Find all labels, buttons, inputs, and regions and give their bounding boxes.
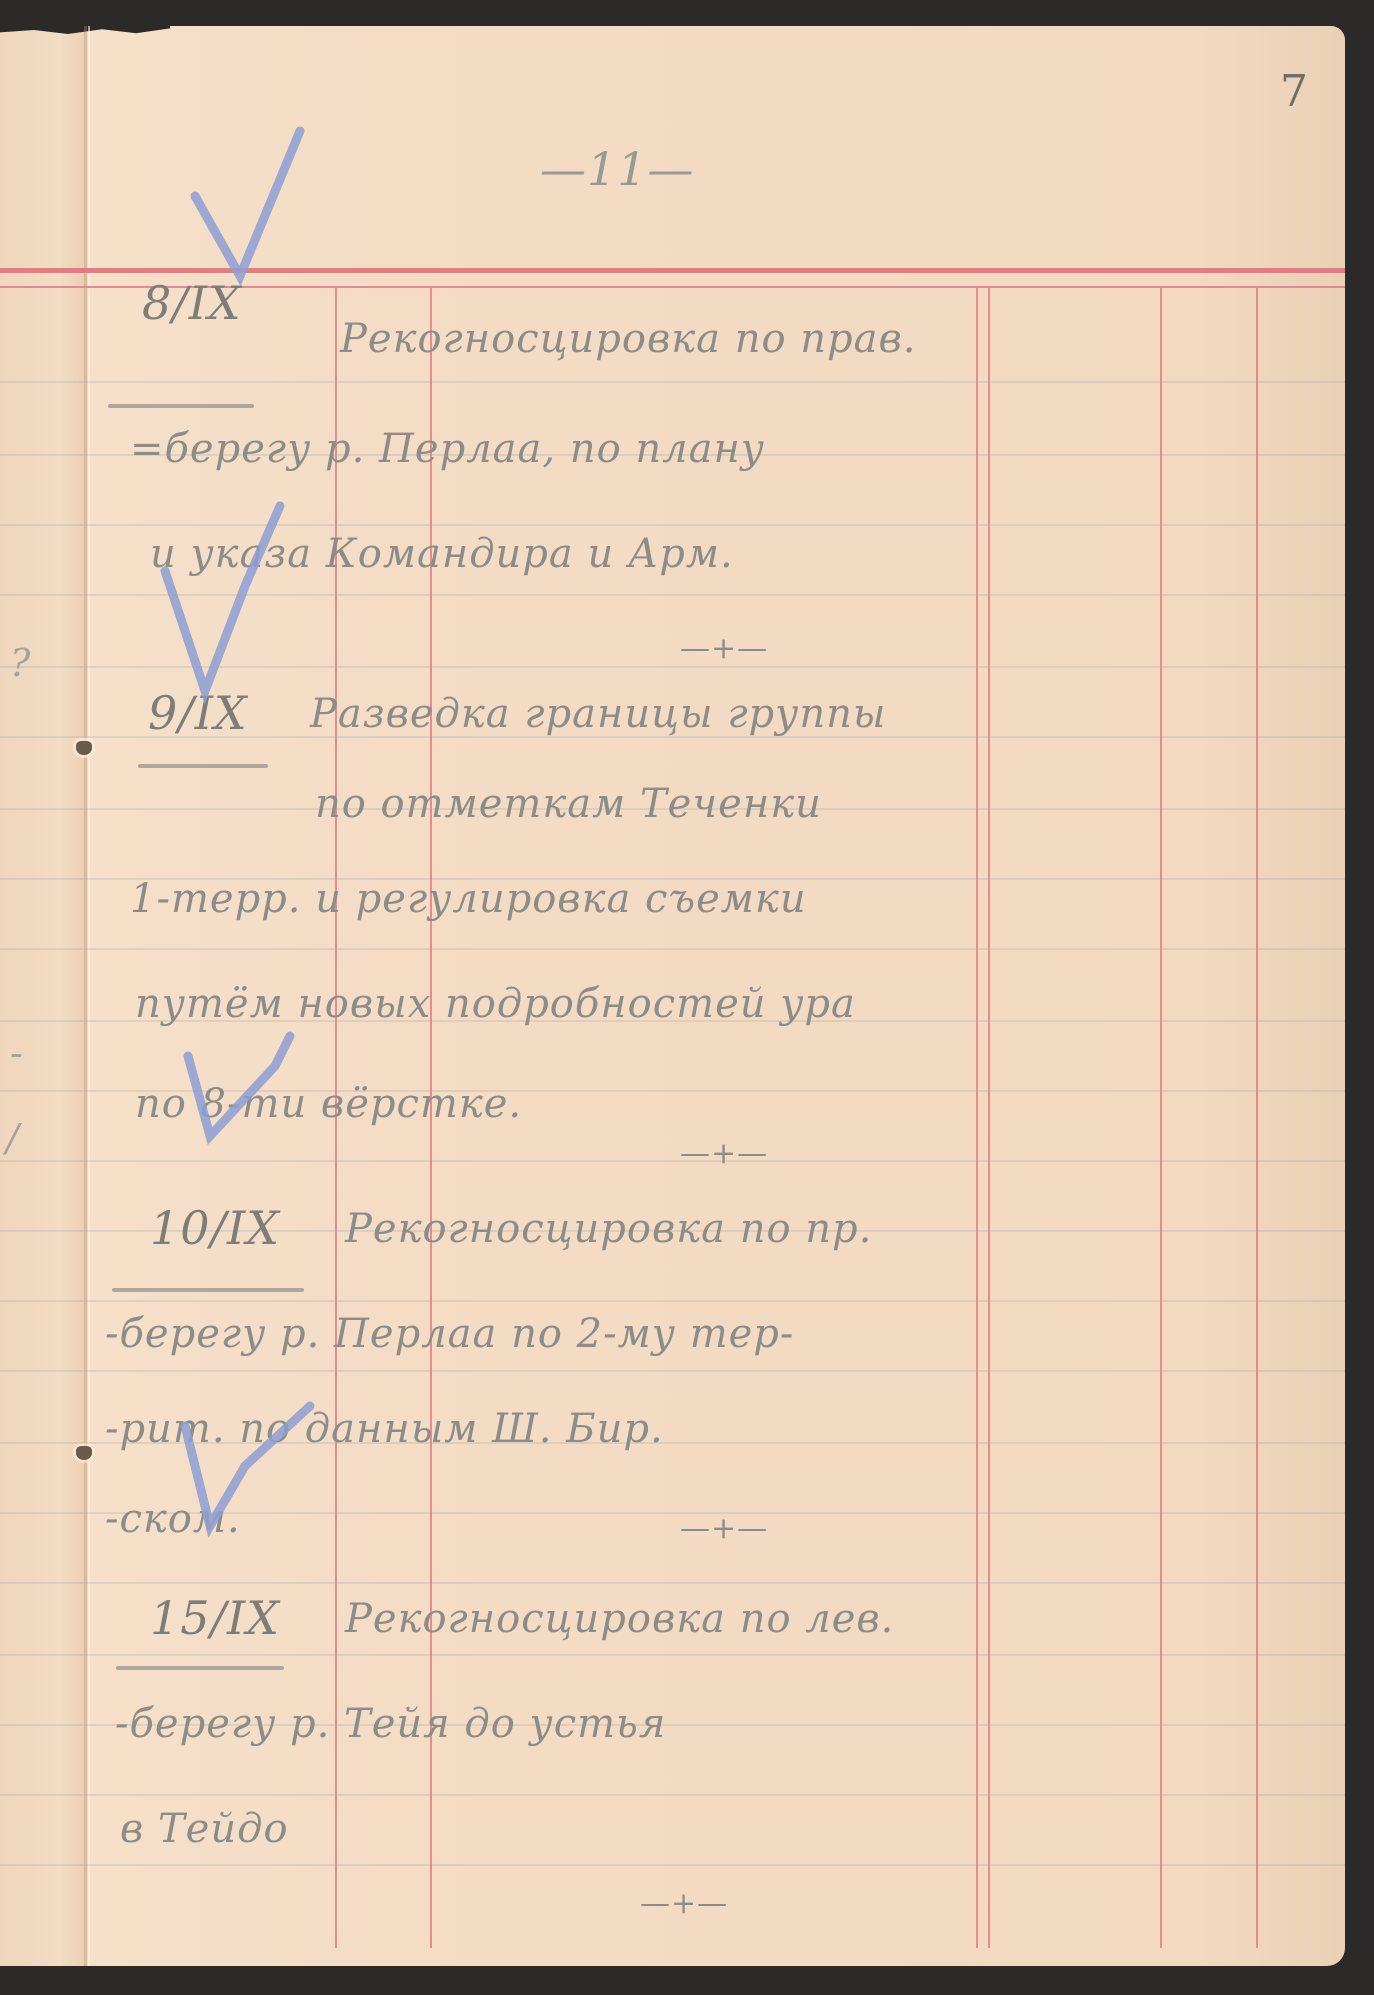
entry-date: 15/IX — [150, 1591, 280, 1645]
left-page-mark: ? — [10, 641, 30, 685]
left-page-mark: - — [10, 1031, 23, 1075]
entry-separator: —+— — [680, 1136, 768, 1171]
ruled-line — [0, 524, 1345, 526]
ruled-line — [0, 1300, 1345, 1302]
entry-text-line: Рекогносцировка по пр. — [345, 1206, 872, 1252]
entry-separator: —+— — [640, 1886, 728, 1921]
entry-date: 10/IX — [150, 1201, 280, 1255]
ruled-line — [0, 1864, 1345, 1866]
entry-text-line: путём новых подробностей ура — [135, 981, 856, 1027]
ruled-line — [0, 666, 1345, 668]
entry-text-line: по отметкам Теченки — [315, 781, 822, 827]
ruled-line — [0, 1160, 1345, 1162]
red-column-rule — [988, 288, 990, 1948]
entry-text-line: Разведка границы группы — [310, 691, 886, 737]
staple-hole-icon — [76, 1446, 92, 1460]
page-heading: —11— — [540, 142, 695, 196]
date-underline — [108, 404, 254, 408]
entry-date: 9/IX — [148, 686, 248, 740]
red-header-rule — [0, 268, 1345, 273]
entry-text-line: =берегу р. Перлаа, по плану — [130, 426, 765, 472]
ruled-line — [0, 594, 1345, 596]
staple-hole-icon — [76, 741, 92, 755]
entry-text-line: по 8-ти вёрстке. — [135, 1081, 522, 1127]
ruled-line — [0, 948, 1345, 950]
entry-text-line: Рекогносцировка по лев. — [345, 1596, 894, 1642]
entry-text-line: Рекогносцировка по прав. — [340, 316, 916, 362]
ruled-line — [0, 1654, 1345, 1656]
checkmark-icon — [195, 131, 300, 276]
entry-text-line: и указа Командира и Арм. — [150, 531, 734, 577]
ruled-line — [0, 1582, 1345, 1584]
red-column-rule — [1256, 288, 1258, 1948]
entry-text-line: 1-терр. и регулировка съемки — [130, 876, 807, 922]
left-page-mark: / — [6, 1116, 19, 1160]
entry-separator: —+— — [680, 631, 768, 666]
binding-fold — [84, 26, 87, 1966]
entry-text-line: -берегу р. Перлаа по 2-му тер- — [105, 1311, 794, 1357]
date-underline — [116, 1666, 284, 1670]
entry-text-line: в Тейдо — [120, 1806, 289, 1852]
entry-date: 8/IX — [142, 276, 242, 330]
ruled-line — [0, 1794, 1345, 1796]
entry-text-line: -ском. — [105, 1496, 241, 1542]
entry-text-line: -рит. по данным Ш. Бир. — [105, 1406, 664, 1452]
ruled-line — [0, 1370, 1345, 1372]
red-column-rule — [976, 288, 978, 1948]
red-column-rule — [1160, 288, 1162, 1948]
entry-separator: —+— — [680, 1511, 768, 1546]
entry-text-line: -берегу р. Тейя до устья — [115, 1701, 666, 1747]
date-underline — [112, 1288, 304, 1292]
ruled-line — [0, 381, 1345, 383]
date-underline — [138, 764, 268, 768]
binding-fold-highlight — [88, 26, 90, 1966]
page-number: 7 — [1280, 66, 1309, 117]
notebook-page: 7 —11— ? - / 8/IX Рекогносцировка по пра… — [0, 26, 1345, 1966]
